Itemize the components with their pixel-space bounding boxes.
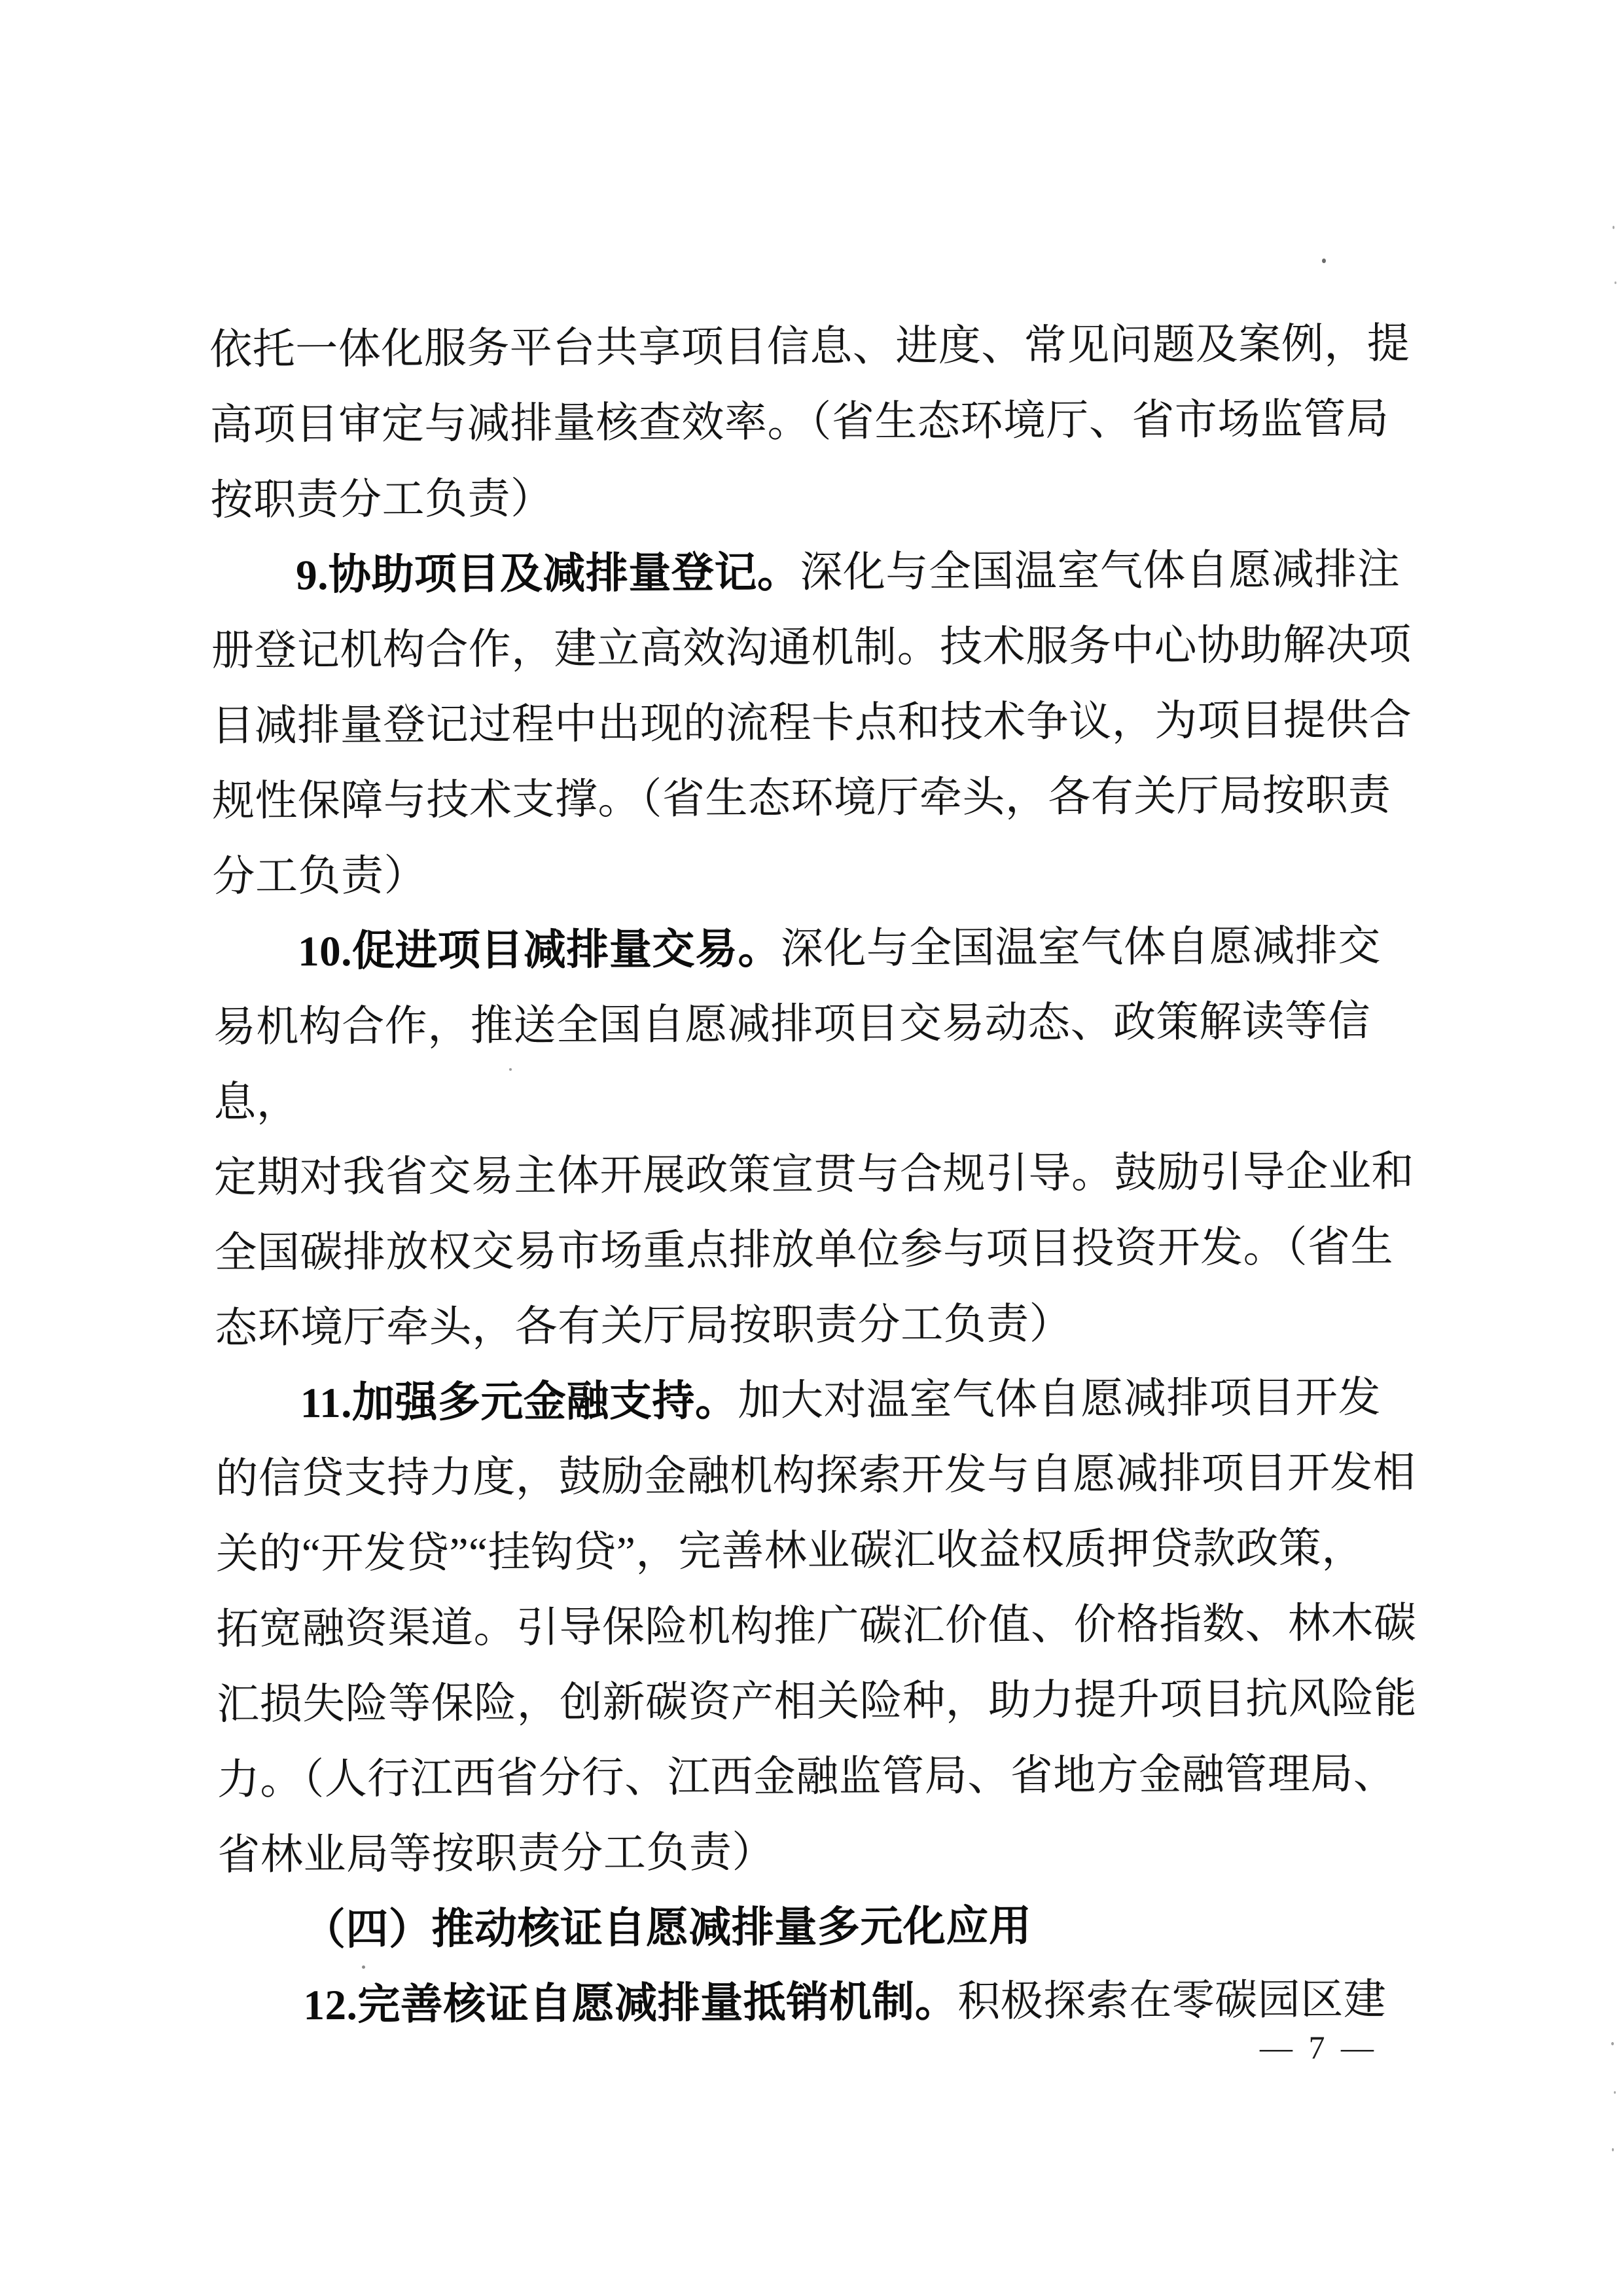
scan-speck (509, 1068, 512, 1071)
page-number: — 7 — (1247, 2028, 1391, 2067)
section-heading-4: （四）推动核证自愿减排量多元化应用 (218, 1887, 1419, 1969)
para-item8-continuation-text: 依托一体化服务平台共享项目信息、进度、常见问题及案例，提 高项目审定与减排量核查… (209, 320, 1410, 524)
para-item11-heading: 11.加强多元金融支持。 (300, 1378, 738, 1427)
para-item9: 9.协助项目及减排量登记。深化与全国温室气体自愿减排注 册登记机构合作，建立高效… (211, 532, 1414, 915)
scan-speck (362, 1965, 365, 1969)
document-page: 依托一体化服务平台共享项目信息、进度、常见问题及案例，提 高项目审定与减排量核查… (0, 0, 1623, 2296)
para-item8-continuation: 依托一体化服务平台共享项目信息、进度、常见问题及案例，提 高项目审定与减排量核查… (209, 306, 1412, 539)
section-heading-4-text: （四）推动核证自愿减排量多元化应用 (303, 1903, 1032, 1954)
para-item9-heading: 9.协助项目及减排量登记。 (296, 549, 800, 599)
para-item12: 12.完善核证自愿减排量抵销机制。积极探索在零碳园区建 (218, 1962, 1419, 2044)
scan-edge-speck (1614, 281, 1616, 284)
para-item11-text: 加大对温室气体自愿减排项目开发 的信贷支持力度，鼓励金融机构探索开发与自愿减排项… (215, 1374, 1417, 1879)
scan-speck (1322, 259, 1326, 263)
para-item12-text: 积极探索在零碳园区建 (957, 1977, 1386, 2026)
para-item12-heading: 12.完善核证自愿减排量抵销机制。 (303, 1979, 957, 2029)
para-item10-text: 深化与全国温室气体自愿减排交 易机构合作，推送全国自愿减排项目交易动态、政策解读… (213, 923, 1415, 1352)
para-item9-text: 深化与全国温室气体自愿减排注 册登记机构合作，建立高效沟通机制。技术服务中心协助… (211, 546, 1412, 901)
scan-edge-speck (1613, 226, 1614, 229)
scan-edge-speck (1612, 2148, 1614, 2151)
para-item10-heading: 10.促进项目减排量交易。 (298, 925, 781, 975)
para-item10: 10.促进项目减排量交易。深化与全国温室气体自愿减排交 易机构合作，推送全国自愿… (213, 908, 1416, 1367)
scan-edge-speck (1611, 2042, 1614, 2045)
para-item11: 11.加强多元金融支持。加大对温室气体自愿减排项目开发 的信贷支持力度，鼓励金融… (215, 1360, 1418, 1893)
scan-edge-speck (1614, 2091, 1616, 2094)
document-body: 依托一体化服务平台共享项目信息、进度、常见问题及案例，提 高项目审定与减排量核查… (209, 306, 1419, 2044)
